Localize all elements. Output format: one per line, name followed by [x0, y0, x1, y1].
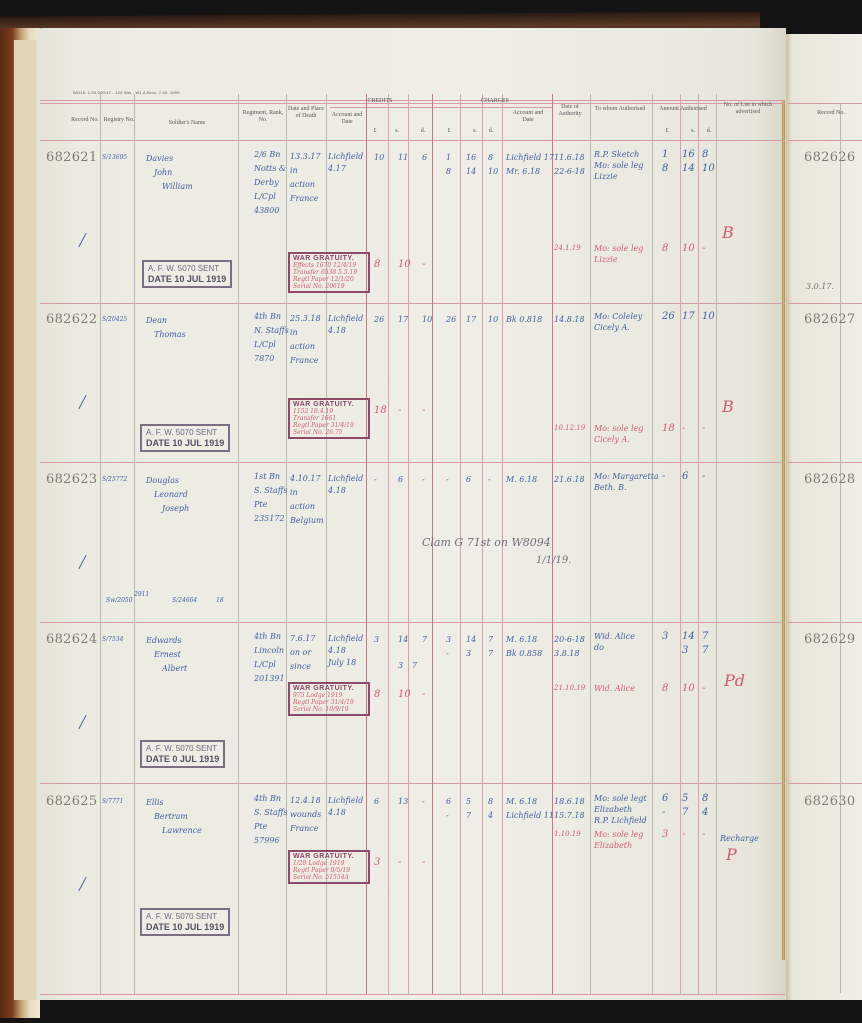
credit-account: Lichfield — [328, 314, 363, 323]
date-place-of-death: action — [290, 180, 315, 189]
stamp-date: DATE 10 JUL 1919 — [148, 274, 226, 284]
credit-amount: 10 — [374, 153, 384, 162]
gratuity-amount: 18 — [662, 424, 675, 433]
stamp-line: A. F. W. 5070 SENT — [146, 743, 219, 754]
gratuity-credit-amount: - — [422, 260, 425, 269]
right-record-number: 682627 — [804, 312, 855, 327]
amount-authorised: 7 — [702, 632, 708, 641]
war-gratuity-field: 1152 18.4.19 — [293, 408, 365, 415]
regiment-rank-no: L/Cpl — [254, 192, 276, 201]
record-number: 682622 — [46, 312, 97, 327]
war-gratuity-field: Serial No. 20619 — [293, 283, 365, 290]
form-reference: WO16. 1,00,000/17 - 100 Wts - W1 A.Bros.… — [73, 90, 180, 95]
soldier-name: Albert — [162, 664, 187, 673]
date-place-of-death: wounds — [290, 810, 321, 819]
to-whom-authorised: Mo: Margaretta — [594, 472, 659, 481]
charge-amount: 7 — [488, 635, 493, 644]
charge-amount: 10 — [488, 315, 498, 324]
gratuity-authority-date: 10.12.19 — [554, 424, 585, 433]
amount-authorised: 14 — [682, 164, 695, 173]
soldier-name: Bertram — [154, 812, 188, 821]
credit-amount: 10 — [422, 315, 432, 324]
registry-number: S/20425 — [102, 315, 127, 324]
registry-note: 18 — [216, 596, 224, 605]
header-auth-shillings: s. — [688, 128, 698, 135]
regiment-rank-no: L/Cpl — [254, 660, 276, 669]
credit-account: 4.18 — [328, 326, 346, 335]
regiment-rank-no: Notts & — [254, 164, 286, 173]
credit-account: Lichfield — [328, 152, 363, 161]
war-gratuity-field: Transfer 1661 — [293, 415, 365, 422]
gratuity-amount: 8 — [662, 684, 668, 693]
header-soldiers-name: Soldier's Name — [137, 120, 237, 127]
credit-amount: - — [422, 475, 425, 484]
record-number: 682625 — [46, 794, 97, 809]
gratuity-credit-amount: - — [398, 858, 401, 867]
afw-5070-sent-stamp: A. F. W. 5070 SENTDATE 10 JUL 1919 — [142, 260, 232, 288]
registry-number: S/7534 — [102, 635, 123, 644]
list-mark: B — [722, 402, 734, 411]
date-place-of-death: 25.3.18 — [290, 314, 321, 323]
date-place-of-death: action — [290, 502, 315, 511]
row-divider — [40, 783, 785, 784]
charge-account: M. 6.18 — [506, 475, 537, 484]
header-amount-authorised: Amount Authorised — [652, 106, 714, 113]
gratuity-credit-amount: 8 — [374, 260, 380, 269]
column-rule — [238, 94, 239, 994]
regiment-rank-no: N. Staffs — [254, 326, 289, 335]
credit-amount: 14 — [398, 635, 408, 644]
gratuity-credit-amount: 10 — [398, 690, 411, 699]
credit-account: 4.18 — [328, 646, 346, 655]
gratuity-authority-date: 24.1.19 — [554, 244, 581, 253]
charge-account: Bk 0.818 — [506, 315, 542, 324]
charge-amount: 5 — [466, 797, 471, 806]
header-credit-account: Account and Date — [328, 112, 366, 126]
header-sub-rule — [330, 107, 552, 108]
credit-account: 4.18 — [328, 808, 346, 817]
stamp-line: A. F. W. 5070 SENT — [146, 911, 224, 922]
soldier-name: Joseph — [162, 504, 189, 513]
registry-note: Sw/2050 — [106, 596, 133, 605]
amount-authorised: 7 — [682, 808, 688, 817]
gratuity-authority-date: 1.10.19 — [554, 830, 581, 839]
charge-amount: 6 — [446, 797, 451, 806]
gratuity-to-whom: Cicely A. — [594, 435, 630, 444]
charge-amount: 14 — [466, 167, 476, 176]
regiment-rank-no: 7870 — [254, 354, 274, 363]
war-gratuity-field: Transfer 6538 5.5.19 — [293, 269, 365, 276]
date-of-authority: 20-6-18 — [554, 635, 585, 644]
amount-authorised: 7 — [702, 646, 708, 655]
war-gratuity-field: Serial No. 10/9/19 — [293, 706, 365, 713]
charge-amount: 1 — [446, 153, 451, 162]
soldier-name: John — [154, 168, 172, 177]
column-rule — [408, 94, 409, 994]
war-gratuity-field: Effects 1670 12/4/19 — [293, 262, 365, 269]
charge-account: M. 6.18 — [506, 635, 537, 644]
column-rule — [134, 94, 135, 994]
date-place-of-death: action — [290, 342, 315, 351]
charge-account: Lichfield 11 — [506, 811, 554, 820]
charge-amount: - — [446, 649, 449, 658]
amount-authorised: 17 — [682, 312, 695, 321]
charge-amount: - — [446, 475, 449, 484]
regiment-rank-no: Lincoln — [254, 646, 284, 655]
record-number: 682623 — [46, 472, 97, 487]
gratuity-amount: 10 — [682, 684, 695, 693]
to-whom-authorised: Cicely A. — [594, 323, 630, 332]
right-column-rule — [840, 103, 841, 993]
right-header-top-rule — [788, 103, 862, 104]
amount-authorised: 4 — [702, 808, 708, 817]
charge-amount: - — [446, 811, 449, 820]
gratuity-to-whom: Lizzie — [594, 255, 618, 264]
amount-authorised: - — [702, 472, 705, 481]
regiment-rank-no: Pte — [254, 500, 267, 509]
record-number: 682621 — [46, 150, 97, 165]
charge-amount: 3 — [446, 635, 451, 644]
facing-page — [786, 34, 862, 1000]
war-gratuity-field: 975 Lodge 1919 — [293, 692, 365, 699]
credit-account: 4.18 — [328, 486, 346, 495]
date-place-of-death: 12.4.18 — [290, 796, 321, 805]
header-bottom-rule — [40, 140, 785, 141]
header-record-no: Record No. — [68, 117, 102, 124]
gratuity-to-whom: Mo: sole leg — [594, 830, 643, 839]
soldier-name: Thomas — [154, 330, 186, 339]
gratuity-credit-amount: - — [422, 858, 425, 867]
afw-5070-sent-stamp: A. F. W. 5070 SENTDATE 10 JUL 1919 — [140, 424, 230, 452]
to-whom-authorised: Lizzie — [594, 172, 618, 181]
right-record-number: 682628 — [804, 472, 855, 487]
registry-note: S/24664 — [172, 596, 197, 605]
charge-amount: 7 — [466, 811, 471, 820]
soldier-name: Ellis — [146, 798, 164, 807]
gratuity-credit-amount: - — [398, 406, 401, 415]
header-charge-shillings: s. — [470, 128, 480, 135]
war-gratuity-title: WAR GRATUITY. — [293, 401, 365, 408]
regiment-rank-no: S. Staffs — [254, 808, 288, 817]
credit-amount: 7 — [412, 661, 417, 670]
to-whom-authorised: Elizabeth — [594, 805, 632, 814]
page-gutter — [782, 100, 785, 960]
header-regiment: Regiment, Rank, No. — [240, 110, 286, 124]
date-place-of-death: France — [290, 824, 319, 833]
date-place-of-death: 13.3.17 — [290, 152, 321, 161]
credit-amount: 7 — [422, 635, 427, 644]
amount-authorised: 10 — [702, 164, 715, 173]
credit-amount: 17 — [398, 315, 408, 324]
to-whom-authorised: Wid. Alice — [594, 632, 635, 641]
credit-account: Lichfield — [328, 474, 363, 483]
war-gratuity-field: Regtl Paper 31/4/19 — [293, 422, 365, 429]
charge-amount: 3 — [466, 649, 471, 658]
war-gratuity-title: WAR GRATUITY. — [293, 255, 365, 262]
column-rule — [680, 94, 681, 994]
charge-account: Lichfield 17 — [506, 153, 554, 162]
gratuity-to-whom: Wid. Alice — [594, 684, 635, 693]
regiment-rank-no: 235172 — [254, 514, 285, 523]
credit-amount: - — [374, 475, 377, 484]
row-divider — [40, 462, 785, 463]
regiment-rank-no: L/Cpl — [254, 340, 276, 349]
war-gratuity-stamp: WAR GRATUITY.1/28 Lodge 1919Regtl Paper … — [288, 850, 370, 884]
right-row-divider — [788, 462, 862, 463]
date-of-authority: 21.6.18 — [554, 475, 585, 484]
margin-note: Clam G 71st on W8094 — [422, 538, 551, 547]
regiment-rank-no: 4th Bn — [254, 632, 281, 641]
header-list-advertised: No. of List in which advertised — [718, 102, 778, 116]
credit-account: July 18 — [328, 658, 356, 667]
record-number: 682624 — [46, 632, 97, 647]
soldier-name: Davies — [146, 154, 173, 163]
header-charges: CHARGES — [440, 98, 550, 105]
soldier-name: Lawrence — [162, 826, 202, 835]
header-to-whom: To whom Authorised — [590, 106, 650, 113]
date-place-of-death: on or — [290, 648, 311, 657]
right-header-bottom-rule — [788, 140, 862, 141]
charge-amount: 17 — [466, 315, 476, 324]
gratuity-credit-amount: 10 — [398, 260, 411, 269]
soldier-name: Edwards — [146, 636, 182, 645]
stamp-line: A. F. W. 5070 SENT — [148, 263, 226, 274]
to-whom-authorised: Beth. B. — [594, 483, 627, 492]
stamp-date: DATE 0 JUL 1919 — [146, 754, 219, 764]
amount-authorised: 8 — [702, 794, 708, 803]
column-rule — [652, 94, 653, 994]
war-gratuity-title: WAR GRATUITY. — [293, 853, 365, 860]
gratuity-to-whom: Mo: sole leg — [594, 424, 643, 433]
header-date-of-authority: Date of Authority — [553, 104, 587, 118]
charge-amount: 26 — [446, 315, 456, 324]
charge-account: M. 6.18 — [506, 797, 537, 806]
charge-amount: 8 — [488, 797, 493, 806]
right-record-number: 682629 — [804, 632, 855, 647]
stamp-date: DATE 10 JUL 1919 — [146, 922, 224, 932]
header-record-no-right: Record No. — [806, 110, 856, 117]
registry-note: 2911 — [134, 590, 149, 599]
amount-authorised: 1 — [662, 150, 668, 159]
right-row-divider — [788, 303, 862, 304]
regiment-rank-no: 57996 — [254, 836, 279, 845]
stamp-line: A. F. W. 5070 SENT — [146, 427, 224, 438]
amount-authorised: 16 — [682, 150, 695, 159]
page-edges — [14, 40, 38, 1000]
soldier-name: Dean — [146, 316, 167, 325]
column-rule — [100, 94, 101, 994]
to-whom-authorised: Mo: Coleley — [594, 312, 642, 321]
regiment-rank-no: Derby — [254, 178, 279, 187]
regiment-rank-no: 2/6 Bn — [254, 150, 280, 159]
credit-amount: 3 — [398, 661, 403, 670]
gratuity-amount: - — [702, 830, 705, 839]
date-place-of-death: in — [290, 166, 298, 175]
header-credit-shillings: s. — [392, 128, 402, 135]
row-divider — [40, 303, 785, 304]
stamp-date: DATE 10 JUL 1919 — [146, 438, 224, 448]
afw-5070-sent-stamp: A. F. W. 5070 SENTDATE 0 JUL 1919 — [140, 740, 225, 768]
gratuity-amount: 10 — [682, 244, 695, 253]
column-rule — [698, 94, 699, 994]
gratuity-amount: 3 — [662, 830, 668, 839]
gratuity-credit-amount: 3 — [374, 858, 380, 867]
war-gratuity-title: WAR GRATUITY. — [293, 685, 365, 692]
regiment-rank-no: 1st Bn — [254, 472, 280, 481]
war-gratuity-field: Serial No. 51554A — [293, 874, 365, 881]
gratuity-amount: 8 — [662, 244, 668, 253]
list-mark: P — [726, 850, 737, 859]
page-bottom-rule — [40, 994, 785, 995]
header-registry-no: Registry No. — [103, 117, 135, 124]
credit-amount: - — [422, 797, 425, 806]
gratuity-amount: - — [702, 244, 705, 253]
war-gratuity-field: Serial No. 26.75 — [293, 429, 365, 436]
gratuity-to-whom: Elizabeth — [594, 841, 632, 850]
charge-amount: 10 — [488, 167, 498, 176]
credit-amount: 13 — [398, 797, 408, 806]
header-charge-account: Account and Date — [508, 110, 548, 124]
right-note: 3.0.17. — [806, 282, 834, 291]
date-place-of-death: France — [290, 356, 319, 365]
credit-amount: 11 — [398, 153, 408, 162]
to-whom-authorised: do — [594, 643, 604, 652]
to-whom-authorised: R.P. Lichfield — [594, 816, 647, 825]
regiment-rank-no: 4th Bn — [254, 312, 281, 321]
soldier-name: Leonard — [154, 490, 188, 499]
to-whom-authorised: R.P. Sketch — [594, 150, 639, 159]
amount-authorised: 3 — [662, 632, 668, 641]
right-record-number: 682626 — [804, 150, 855, 165]
date-place-of-death: in — [290, 488, 298, 497]
header-credits: CREDITS — [330, 98, 430, 105]
gratuity-amount: - — [702, 684, 705, 693]
list-mark: B — [722, 228, 734, 237]
registry-number: S/7771 — [102, 797, 123, 806]
header-credit-pence: d. — [418, 128, 428, 135]
column-rule — [286, 94, 287, 994]
credit-account: Lichfield — [328, 796, 363, 805]
list-mark: Pd — [724, 676, 745, 685]
amount-authorised: 6 — [662, 794, 668, 803]
gratuity-credit-amount: 18 — [374, 406, 387, 415]
date-place-of-death: Belgium — [290, 516, 324, 525]
war-gratuity-field: Regtl Paper 31/4/19 — [293, 699, 365, 706]
list-note: Recharge — [720, 834, 759, 843]
date-of-authority: 18.6.18 — [554, 797, 585, 806]
header-date-place-death: Date and Place of Death — [288, 106, 324, 120]
charge-amount: - — [488, 475, 491, 484]
credit-account: Lichfield — [328, 634, 363, 643]
margin-note: 1/1/19. — [536, 556, 571, 565]
regiment-rank-no: Pte — [254, 822, 267, 831]
date-place-of-death: France — [290, 194, 319, 203]
charge-amount: 14 — [466, 635, 476, 644]
gratuity-authority-date: 21.10.19 — [554, 684, 585, 693]
to-whom-authorised: Mo: sole legt — [594, 794, 647, 803]
credit-account: 4.17 — [328, 164, 346, 173]
header-auth-pounds: £ — [662, 128, 672, 135]
charge-amount: 8 — [446, 167, 451, 176]
date-place-of-death: since — [290, 662, 311, 671]
date-of-authority: 15.7.18 — [554, 811, 585, 820]
charge-amount: 4 — [488, 811, 493, 820]
gratuity-credit-amount: - — [422, 406, 425, 415]
amount-authorised: 3 — [682, 646, 688, 655]
charge-amount: 6 — [466, 475, 471, 484]
amount-authorised: 8 — [702, 150, 708, 159]
date-place-of-death: 7.6.17 — [290, 634, 315, 643]
soldier-name: Ernest — [154, 650, 181, 659]
amount-authorised: 14 — [682, 632, 695, 641]
ledger-page — [36, 28, 786, 1000]
charge-amount: 8 — [488, 153, 493, 162]
credit-amount: 6 — [398, 475, 403, 484]
registry-number: S/25772 — [102, 475, 127, 484]
gratuity-amount: - — [682, 424, 685, 433]
charge-amount: 16 — [466, 153, 476, 162]
date-of-authority: 3.8.18 — [554, 649, 579, 658]
credit-amount: 3 — [374, 635, 379, 644]
afw-5070-sent-stamp: A. F. W. 5070 SENTDATE 10 JUL 1919 — [140, 908, 230, 936]
credit-amount: 6 — [422, 153, 427, 162]
amount-authorised: 8 — [662, 164, 668, 173]
date-of-authority: 22-6-18 — [554, 167, 585, 176]
gratuity-amount: - — [702, 424, 705, 433]
amount-authorised: 10 — [702, 312, 715, 321]
amount-authorised: 26 — [662, 312, 675, 321]
credit-amount: 6 — [374, 797, 379, 806]
right-row-divider — [788, 622, 862, 623]
charge-amount: 7 — [488, 649, 493, 658]
column-rule — [388, 94, 389, 994]
date-place-of-death: in — [290, 328, 298, 337]
amount-authorised: 5 — [682, 794, 688, 803]
charge-account: Bk 0.858 — [506, 649, 542, 658]
date-of-authority: 14.8.18 — [554, 315, 585, 324]
date-place-of-death: 4.10.17 — [290, 474, 321, 483]
credit-amount: 26 — [374, 315, 384, 324]
regiment-rank-no: 43800 — [254, 206, 279, 215]
registry-number: S/13695 — [102, 153, 127, 162]
gratuity-amount: - — [682, 830, 685, 839]
gratuity-credit-amount: - — [422, 690, 425, 699]
amount-authorised: 6 — [682, 472, 688, 481]
header-charge-pounds: £ — [444, 128, 454, 135]
war-gratuity-stamp: WAR GRATUITY.1152 18.4.19Transfer 1661Re… — [288, 398, 370, 439]
war-gratuity-field: Regtl Paper 12/1/20 — [293, 276, 365, 283]
regiment-rank-no: 4th Bn — [254, 794, 281, 803]
header-auth-pence: d. — [704, 128, 714, 135]
gratuity-credit-amount: 8 — [374, 690, 380, 699]
row-divider — [40, 622, 785, 623]
to-whom-authorised: Mo: sole leg — [594, 161, 643, 170]
header-charge-pence: d. — [486, 128, 496, 135]
column-rule — [590, 94, 591, 994]
soldier-name: Douglas — [146, 476, 179, 485]
charge-account: Mr. 6.18 — [506, 167, 540, 176]
regiment-rank-no: 201391 — [254, 674, 285, 683]
war-gratuity-stamp: WAR GRATUITY.Effects 1670 12/4/19Transfe… — [288, 252, 370, 293]
header-credit-pounds: £ — [370, 128, 380, 135]
column-rule — [552, 94, 553, 994]
war-gratuity-field: 1/28 Lodge 1919 — [293, 860, 365, 867]
war-gratuity-field: Regtl Paper 8/5/19 — [293, 867, 365, 874]
date-of-authority: 11.6.18 — [554, 153, 585, 162]
gratuity-to-whom: Mo: sole leg — [594, 244, 643, 253]
soldier-name: William — [162, 182, 193, 191]
amount-authorised: - — [662, 808, 665, 817]
